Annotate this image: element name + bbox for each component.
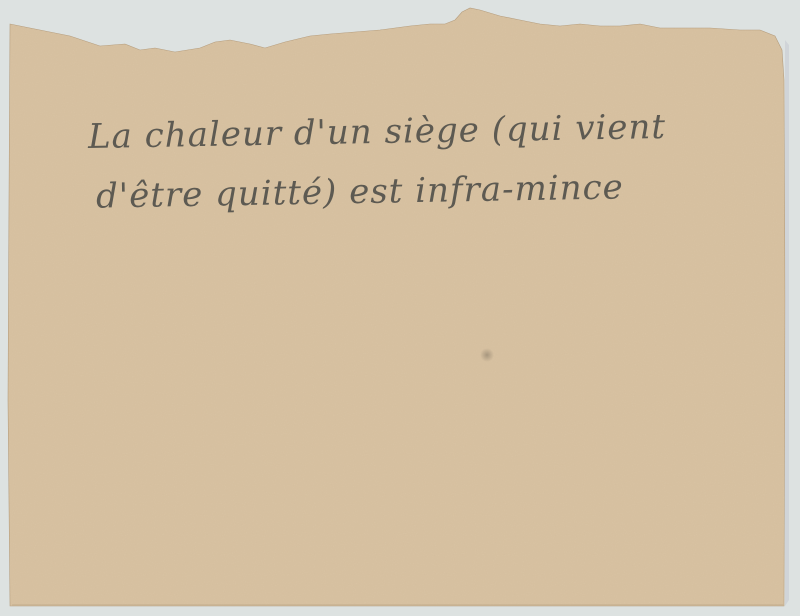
- torn-paper-sheet: [0, 0, 800, 616]
- paper-shape: [0, 0, 800, 616]
- paper-stain: [480, 348, 494, 362]
